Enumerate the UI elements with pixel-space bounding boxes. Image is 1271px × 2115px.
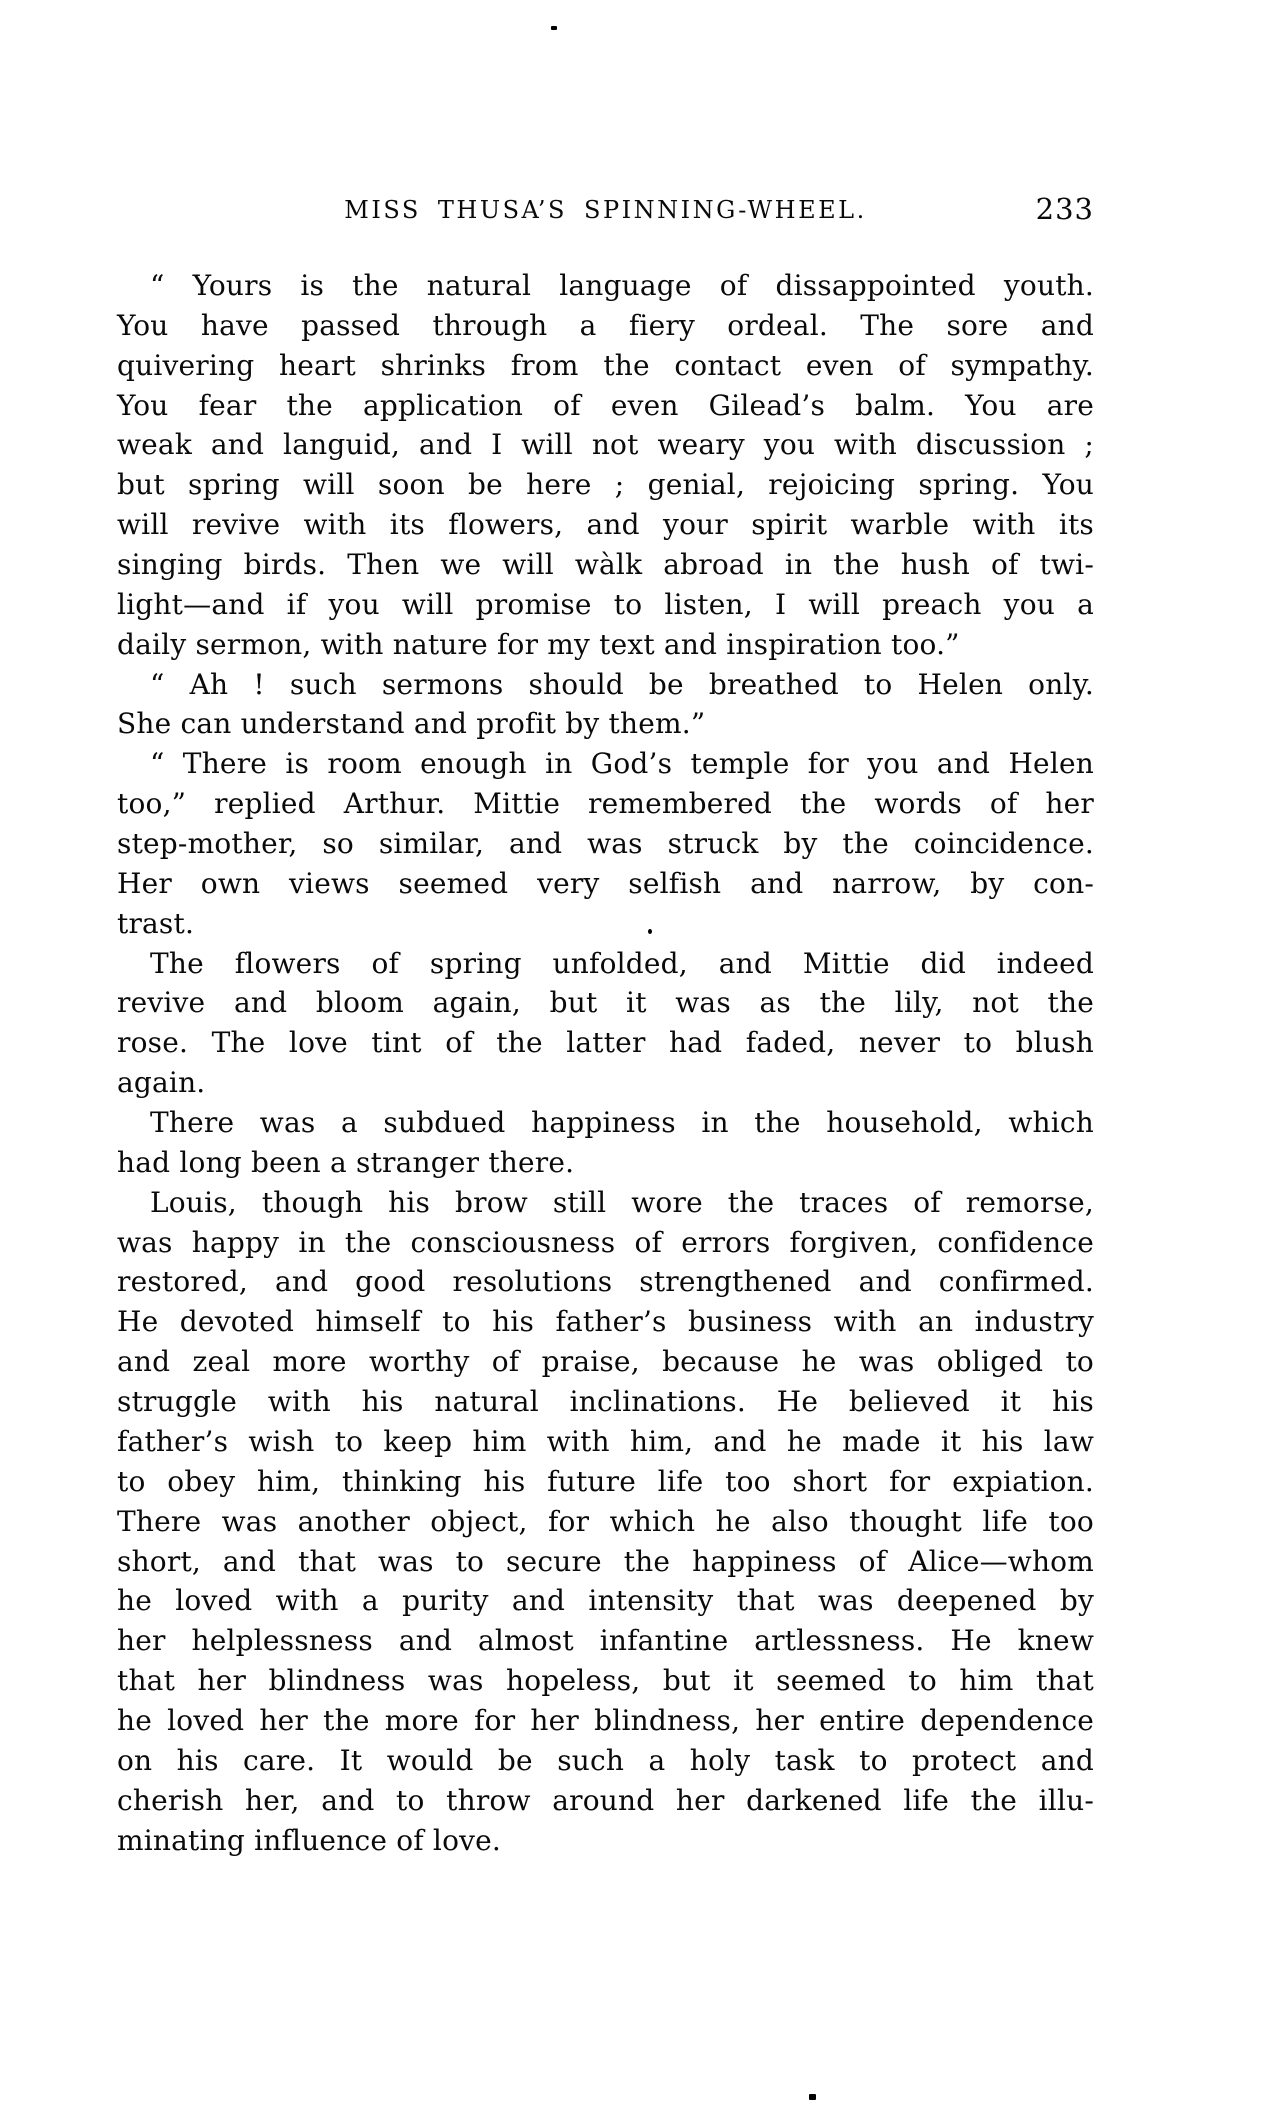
- text-line: struggle with his natural inclinations. …: [117, 1382, 1094, 1422]
- text-line: “ Ah ! such sermons should be breathed t…: [117, 665, 1094, 705]
- text-line: was happy in the consciousness of errors…: [117, 1223, 1094, 1263]
- text-line: but spring will soon be here ; genial, r…: [117, 465, 1094, 505]
- text-line: quivering heart shrinks from the contact…: [117, 346, 1094, 386]
- scan-speck-middle: [648, 929, 652, 934]
- text-line: Louis, though his brow still wore the tr…: [117, 1183, 1094, 1223]
- running-head: MISS THUSA’S SPINNING-WHEEL. 233: [117, 193, 1094, 233]
- text-line: She can understand and profit by them.”: [117, 704, 1094, 744]
- text-line: You have passed through a fiery ordeal. …: [117, 306, 1094, 346]
- text-line: singing birds. Then we will wàlk abroad …: [117, 545, 1094, 585]
- text-line: father’s wish to keep him with him, and …: [117, 1422, 1094, 1462]
- text-line: he loved with a purity and intensity tha…: [117, 1581, 1094, 1621]
- text-line: There was another object, for which he a…: [117, 1502, 1094, 1542]
- text-line: “ There is room enough in God’s temple f…: [117, 744, 1094, 784]
- text-line: “ Yours is the natural language of dissa…: [117, 266, 1094, 306]
- text-line: on his care. It would be such a holy tas…: [117, 1741, 1094, 1781]
- text-line: short, and that was to secure the happin…: [117, 1542, 1094, 1582]
- text-line: again.: [117, 1063, 1094, 1103]
- text-line: had long been a stranger there.: [117, 1143, 1094, 1183]
- text-line: and zeal more worthy of praise, because …: [117, 1342, 1094, 1382]
- text-line: You fear the application of even Gilead’…: [117, 386, 1094, 426]
- text-line: will revive with its flowers, and your s…: [117, 505, 1094, 545]
- text-line: The flowers of spring unfolded, and Mitt…: [117, 944, 1094, 984]
- running-title: MISS THUSA’S SPINNING-WHEEL.: [117, 193, 1094, 227]
- paragraph: Louis, though his brow still wore the tr…: [117, 1183, 1094, 1861]
- text-line: trast.: [117, 904, 1094, 944]
- text-line: weak and languid, and I will not weary y…: [117, 425, 1094, 465]
- text-line: light—and if you will promise to listen,…: [117, 585, 1094, 625]
- text-line: restored, and good resolutions strengthe…: [117, 1262, 1094, 1302]
- paragraph: “ Ah ! such sermons should be breathed t…: [117, 665, 1094, 745]
- text-line: too,” replied Arthur. Mittie remembered …: [117, 784, 1094, 824]
- text-line: revive and bloom again, but it was as th…: [117, 983, 1094, 1023]
- text-line: step-mother, so similar, and was struck …: [117, 824, 1094, 864]
- page-number: 233: [1036, 192, 1094, 226]
- body-text: “ Yours is the natural language of dissa…: [117, 266, 1094, 1860]
- text-line: Her own views seemed very selfish and na…: [117, 864, 1094, 904]
- paragraph: “ There is room enough in God’s temple f…: [117, 744, 1094, 943]
- scan-speck-bottom: [809, 2094, 816, 2100]
- scan-speck-top: [551, 26, 557, 30]
- paragraph: There was a subdued happiness in the hou…: [117, 1103, 1094, 1183]
- text-line: rose. The love tint of the latter had fa…: [117, 1023, 1094, 1063]
- text-line: He devoted himself to his father’s busin…: [117, 1302, 1094, 1342]
- text-line: There was a subdued happiness in the hou…: [117, 1103, 1094, 1143]
- text-line: daily sermon, with nature for my text an…: [117, 625, 1094, 665]
- text-line: to obey him, thinking his future life to…: [117, 1462, 1094, 1502]
- text-line: minating influence of love.: [117, 1821, 1094, 1861]
- text-line: her helplessness and almost infantine ar…: [117, 1621, 1094, 1661]
- text-line: that her blindness was hopeless, but it …: [117, 1661, 1094, 1701]
- paragraph: “ Yours is the natural language of dissa…: [117, 266, 1094, 665]
- text-line: cherish her, and to throw around her dar…: [117, 1781, 1094, 1821]
- text-line: he loved her the more for her blindness,…: [117, 1701, 1094, 1741]
- paragraph: The flowers of spring unfolded, and Mitt…: [117, 944, 1094, 1103]
- book-page-scan: MISS THUSA’S SPINNING-WHEEL. 233 “ Yours…: [0, 0, 1271, 2115]
